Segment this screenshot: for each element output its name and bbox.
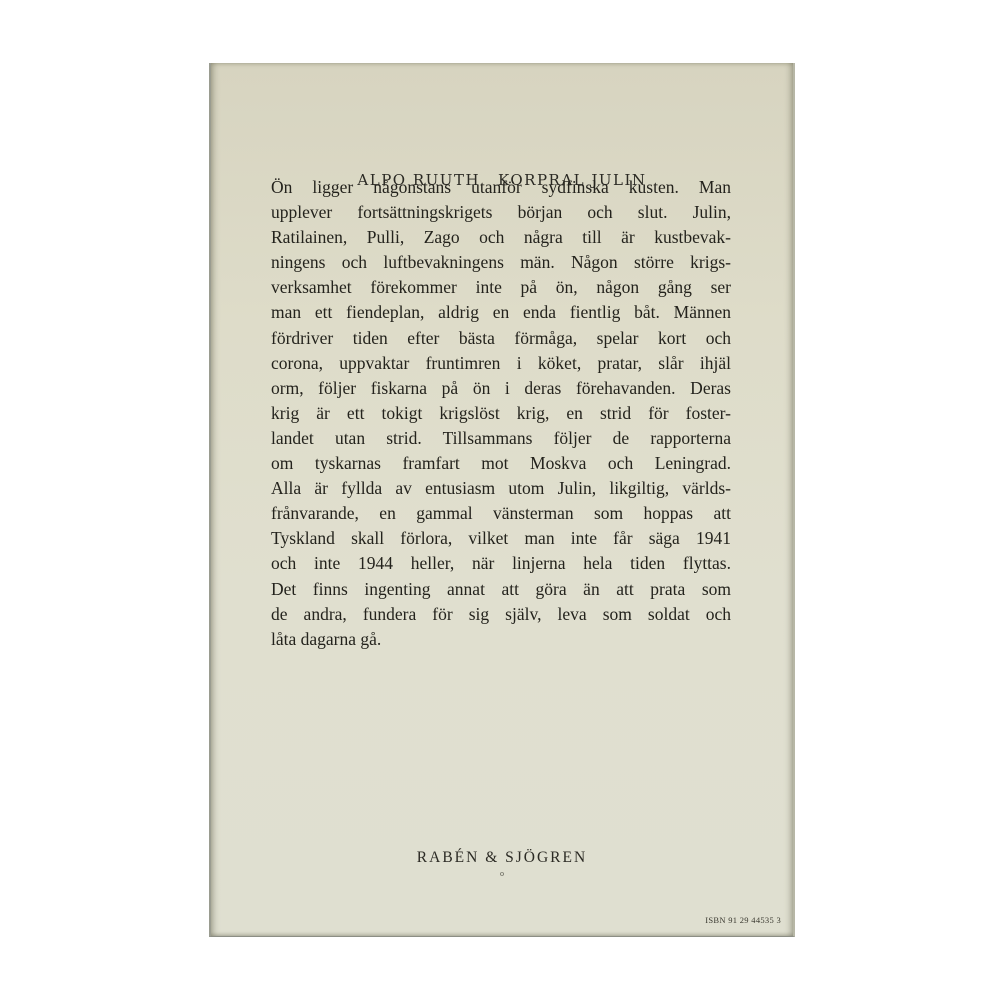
publisher-name: RABÉN & SJÖGREN	[211, 849, 793, 867]
blurb-line: upplever fortsättningskrigets början och…	[271, 200, 731, 225]
blurb-line: de andra, fundera för sig själv, leva so…	[271, 602, 731, 627]
blurb-line: Det finns ingenting annat att göra än at…	[271, 577, 731, 602]
blurb-line: man ett fiendeplan, aldrig en enda fient…	[271, 300, 731, 325]
blurb-line: landet utan strid. Tillsammans följer de…	[271, 426, 731, 451]
blurb-text: Ön ligger någonstans utanför sydfinska k…	[271, 175, 731, 652]
blurb-line: orm, följer fiskarna på ön i deras föreh…	[271, 376, 731, 401]
isbn-number: ISBN 91 29 44535 3	[705, 915, 781, 925]
blurb-line: Ratilainen, Pulli, Zago och några till ä…	[271, 225, 731, 250]
blurb-line: låta dagarna gå.	[271, 627, 731, 652]
blurb-line: verksamhet förekommer inte på ön, någon …	[271, 275, 731, 300]
blurb-line: Ön ligger någonstans utanför sydfinska k…	[271, 175, 731, 200]
blurb-line: Alla är fyllda av entusiasm utom Julin, …	[271, 476, 731, 501]
blurb-line: fördriver tiden efter bästa förmåga, spe…	[271, 326, 731, 351]
book-back-cover: ALPO RUUTHKORPRAL JULIN Ön ligger någons…	[209, 63, 795, 937]
blurb-line: frånvarande, en gammal vänsterman som ho…	[271, 501, 731, 526]
blurb-line: ningens och luftbevakningens män. Någon …	[271, 250, 731, 275]
blurb-line: Tyskland skall förlora, vilket man inte …	[271, 526, 731, 551]
blurb-line: om tyskarnas framfart mot Moskva och Len…	[271, 451, 731, 476]
blurb-line: och inte 1944 heller, när linjerna hela …	[271, 551, 731, 576]
blurb-line: corona, uppvaktar fruntimren i köket, pr…	[271, 351, 731, 376]
blurb-line: krig är ett tokigt krigslöst krig, en st…	[271, 401, 731, 426]
publisher-mark: o	[211, 869, 793, 878]
